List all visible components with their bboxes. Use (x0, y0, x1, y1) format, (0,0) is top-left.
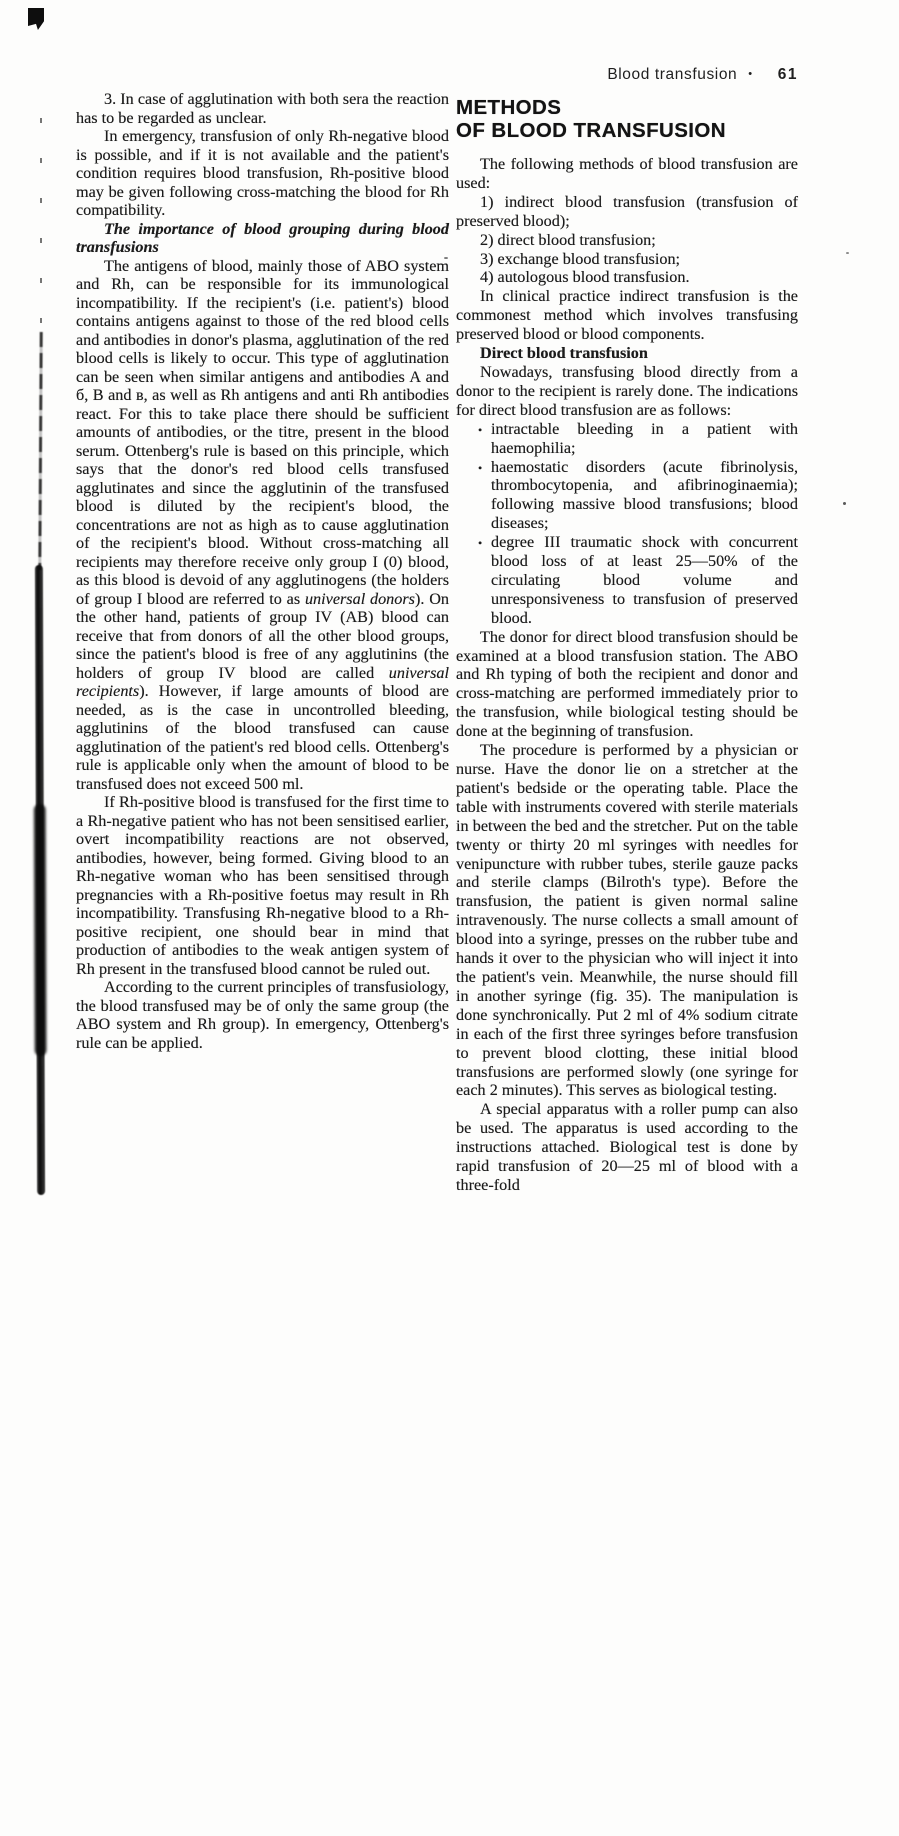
left-column: 3. In case of agglutination with both se… (76, 90, 449, 1052)
bulleted-list-item: •degree III traumatic shock with concurr… (478, 533, 798, 628)
header-separator-dot: • (748, 66, 752, 82)
text-run: • (478, 536, 482, 550)
numbered-list-item: 4) autologous blood transfusion. (456, 268, 798, 287)
running-title: Blood transfusion (607, 66, 737, 83)
paragraph: The donor for direct blood transfusion s… (456, 628, 798, 741)
paragraph: The following methods of blood transfusi… (456, 155, 798, 193)
text-run: The procedure is performed by a physicia… (456, 741, 798, 1099)
text-run: intractable bleeding in a patient with h… (491, 420, 798, 457)
scanned-book-page: 3. In case of agglutination with both se… (0, 0, 899, 1836)
text-run: In emergency, transfusion of only Rh-neg… (76, 127, 449, 219)
paragraph: If Rh-positive blood is transfused for t… (76, 793, 449, 978)
text-run: • (478, 423, 482, 437)
numbered-list-item: 1) indirect blood transfusion (transfusi… (456, 193, 798, 231)
paragraph: A special apparatus with a roller pump c… (456, 1100, 798, 1195)
text-run: A special apparatus with a roller pump c… (456, 1100, 798, 1194)
emphasized-text: universal donors (305, 590, 415, 608)
numbered-list-item: 3) exchange blood transfusion; (456, 250, 798, 269)
text-run: Nowadays, transfusing blood directly fro… (456, 363, 798, 419)
text-run: Direct blood transfusion (480, 344, 648, 362)
bullet-text: intractable bleeding in a patient with h… (491, 420, 798, 457)
bulleted-list-item: •intractable bleeding in a patient with … (478, 420, 798, 458)
bullet-text: degree III traumatic shock with concurre… (491, 533, 798, 627)
text-run: 2) direct blood transfusion; (480, 231, 656, 249)
paragraph: The antigens of blood, mainly those of A… (76, 257, 449, 794)
page-number: 61 (778, 66, 798, 83)
section-heading-line-1: METHODS (456, 96, 798, 119)
scan-gutter-streak-lower (35, 565, 45, 1195)
text-run: The following methods of blood transfusi… (456, 155, 798, 192)
scan-gutter-streak-upper (38, 332, 42, 570)
bullet-icon: • (478, 534, 482, 553)
text-run: The donor for direct blood transfusion s… (456, 628, 798, 741)
scan-speck (843, 502, 846, 505)
scan-speck (846, 252, 849, 254)
section-subheading: The importance of blood grouping during … (76, 220, 449, 257)
section-heading: METHODS OF BLOOD TRANSFUSION (456, 96, 798, 142)
numbered-list-item: 2) direct blood transfusion; (456, 231, 798, 250)
paragraph: In clinical practice indirect transfusio… (456, 287, 798, 344)
paragraph: In emergency, transfusion of only Rh-neg… (76, 127, 449, 220)
section-heading-line-2: OF BLOOD TRANSFUSION (456, 119, 798, 142)
text-run: The antigens of blood, mainly those of A… (76, 257, 449, 608)
paragraph: The procedure is performed by a physicia… (456, 741, 798, 1100)
text-run: • (478, 461, 482, 475)
text-run: The importance of blood grouping during … (76, 220, 449, 257)
running-header: Blood transfusion•61 (456, 66, 798, 83)
text-run: 3) exchange blood transfusion; (480, 250, 680, 268)
scan-corner-mark (28, 8, 44, 30)
paragraph: Nowadays, transfusing blood directly fro… (456, 363, 798, 420)
right-column: Blood transfusion•61 METHODS OF BLOOD TR… (456, 66, 798, 1195)
bullet-icon: • (478, 459, 482, 478)
bullet-text: haemostatic disorders (acute fibrinolysi… (491, 458, 798, 533)
right-column-body: The following methods of blood transfusi… (456, 155, 798, 1195)
paragraph: According to the current principles of t… (76, 978, 449, 1052)
scan-gutter-dots (40, 118, 42, 330)
text-run: haemostatic disorders (acute fibrinolysi… (491, 458, 798, 533)
text-run: 4) autologous blood transfusion. (480, 268, 690, 286)
text-run: In clinical practice indirect transfusio… (456, 287, 798, 343)
paragraph: 3. In case of agglutination with both se… (76, 90, 449, 127)
text-run: degree III traumatic shock with concurre… (491, 533, 798, 627)
text-run: 3. In case of agglutination with both se… (76, 90, 449, 127)
text-run: If Rh-positive blood is transfused for t… (76, 793, 449, 978)
text-run: According to the current principles of t… (76, 978, 449, 1052)
bullet-icon: • (478, 421, 482, 440)
text-run: 1) indirect blood transfusion (transfusi… (456, 193, 798, 230)
bulleted-list-item: •haemostatic disorders (acute fibrinolys… (478, 458, 798, 534)
section-subheading: Direct blood transfusion (456, 344, 798, 363)
